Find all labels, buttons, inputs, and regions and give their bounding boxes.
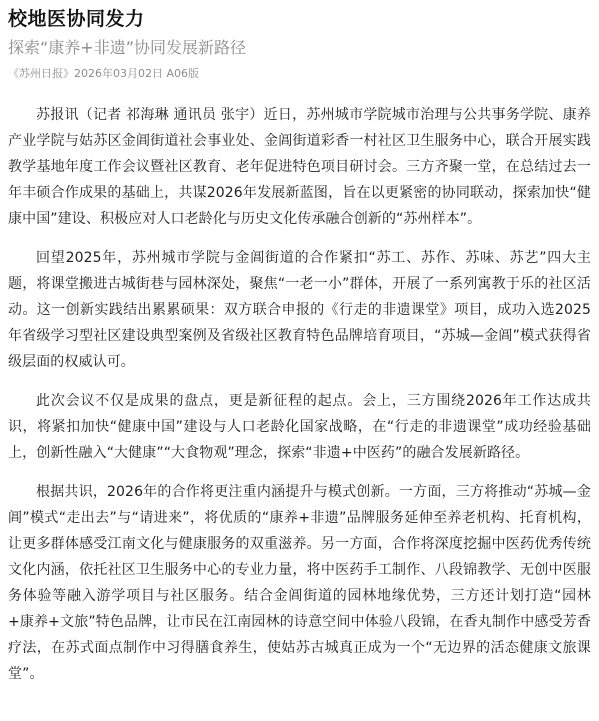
article-subtitle: 探索“康养+非遗”协同发展新路径 [8,36,591,60]
paragraph-4: 根据共识，2026年的合作将更注重内涵提升与模式创新。一方面，三方将推动“苏城—… [8,479,591,687]
paragraph-2: 回望2025年，苏州城市学院与金阊街道的合作紧扣“苏工、苏作、苏味、苏艺”四大主… [8,245,591,375]
article-title: 校地医协同发力 [8,6,591,32]
article-source-line: 《苏州日报》2026年03月02日 A06版 [8,66,591,82]
article-body: 苏报讯（记者 祁海琳 通讯员 张宇）近日，苏州城市学院城市治理与公共事务学院、康… [8,102,591,687]
paragraph-1: 苏报讯（记者 祁海琳 通讯员 张宇）近日，苏州城市学院城市治理与公共事务学院、康… [8,102,591,232]
paragraph-3: 此次会议不仅是成果的盘点，更是新征程的起点。会上，三方围绕2026年工作达成共识… [8,388,591,466]
article: 校地医协同发力 探索“康养+非遗”协同发展新路径 《苏州日报》2026年03月0… [0,0,599,687]
